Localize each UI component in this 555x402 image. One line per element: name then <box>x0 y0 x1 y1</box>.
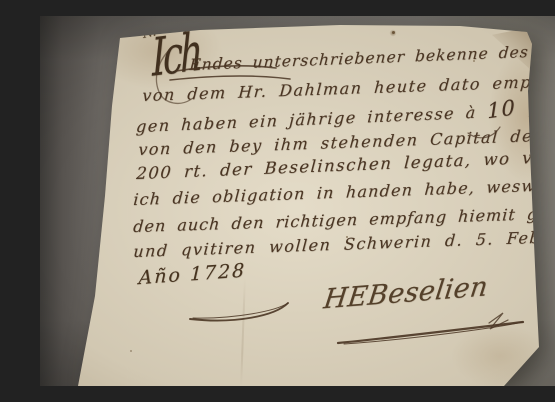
paper-shadow-wrap: N. Ich Endes unterschriebener bekenne de… <box>40 16 555 386</box>
paper-sheet: N. Ich Endes unterschriebener bekenne de… <box>40 16 555 386</box>
signature: HEBeselien <box>322 271 490 315</box>
interest-rate-text: 10 pC. <box>487 88 555 123</box>
signature-underline-flourish <box>344 322 523 344</box>
signature-underline-flourish <box>338 322 523 343</box>
date-flourish <box>190 303 288 321</box>
date-line: Año 1728 <box>138 259 246 289</box>
date-flourish <box>193 303 288 318</box>
line-text: Endes unterschriebener bekenne des S.T. <box>189 41 555 74</box>
manuscript-line: Endes unterschriebener bekenne des S.T. <box>189 41 555 74</box>
signature-tail-flourish <box>489 313 508 329</box>
handwriting-layer: N. Ich Endes unterschriebener bekenne de… <box>40 16 555 386</box>
manuscript-photograph: N. Ich Endes unterschriebener bekenne de… <box>40 16 555 386</box>
